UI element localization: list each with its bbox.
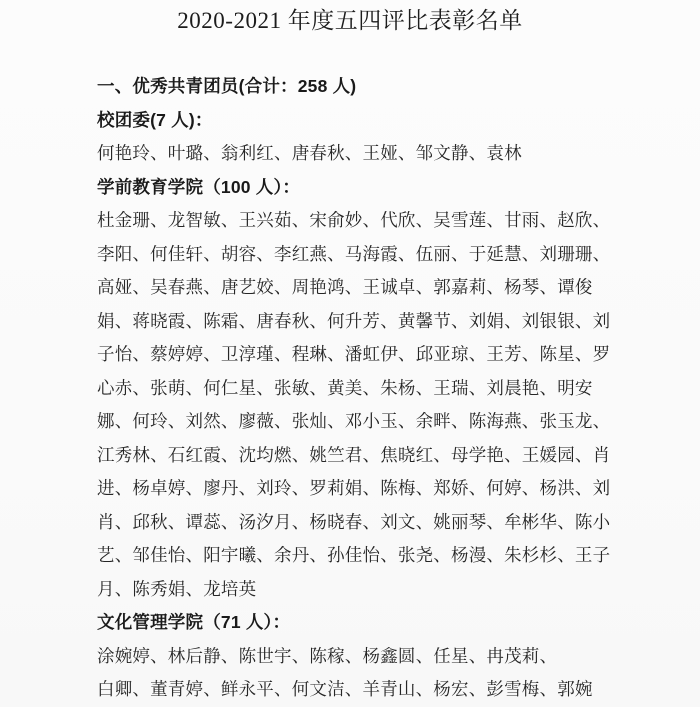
document-body: 一、优秀共青团员(合计：258 人) 校团委(7 人)： 何艳玲、叶璐、翁利红、…	[97, 70, 617, 707]
name-line: 艺、邹佳怡、阳宇曦、余丹、孙佳怡、张尧、杨漫、朱杉杉、王子	[97, 539, 617, 573]
name-line: 涂婉婷、林后静、陈世宇、陈稼、杨鑫圆、任星、冉茂莉、	[97, 640, 617, 674]
document-page: 2020-2021 年度五四评比表彰名单 一、优秀共青团员(合计：258 人) …	[0, 4, 700, 707]
name-line: 何艳玲、叶璐、翁利红、唐春秋、王娅、邹文静、袁林	[97, 137, 617, 171]
name-line: 心赤、张萌、何仁星、张敏、黄美、朱杨、王瑞、刘晨艳、明安	[97, 372, 617, 406]
name-line: 肖、邱秋、谭蕊、汤汐月、杨晓春、刘文、姚丽琴、牟彬华、陈小	[97, 506, 617, 540]
name-line: 江秀林、石红霞、沈均燃、姚竺君、焦晓红、母学艳、王媛园、肖	[97, 439, 617, 473]
name-line: 娟、蒋晓霞、陈霜、唐春秋、何升芳、黄馨节、刘娟、刘银银、刘	[97, 305, 617, 339]
name-line: 李阳、何佳轩、胡容、李红燕、马海霞、伍丽、于延慧、刘珊珊、	[97, 238, 617, 272]
name-line: 子怡、蔡婷婷、卫淳瑾、程琳、潘虹伊、邱亚琼、王芳、陈星、罗	[97, 338, 617, 372]
group-heading-culture-management-college: 文化管理学院（71 人）：	[97, 606, 617, 640]
section-heading-excellent-league-members: 一、优秀共青团员(合计：258 人)	[97, 70, 617, 104]
name-line: 杜金珊、龙智敏、王兴茹、宋俞妙、代欣、吴雪莲、甘雨、赵欣、	[97, 204, 617, 238]
name-line: 白卿、董青婷、鲜永平、何文洁、羊青山、杨宏、彭雪梅、郭婉	[97, 673, 617, 707]
name-line: 娜、何玲、刘然、廖薇、张灿、邓小玉、余畔、陈海燕、张玉龙、	[97, 405, 617, 439]
group-heading-preschool-education-college: 学前教育学院（100 人）：	[97, 171, 617, 205]
name-line: 进、杨卓婷、廖丹、刘玲、罗莉娟、陈梅、郑娇、何婷、杨洪、刘	[97, 472, 617, 506]
group-heading-school-league-committee: 校团委(7 人)：	[97, 104, 617, 138]
document-title: 2020-2021 年度五四评比表彰名单	[0, 4, 700, 38]
name-line: 高娅、吴春燕、唐艺姣、周艳鸿、王诚卓、郭嘉莉、杨琴、谭俊	[97, 271, 617, 305]
name-line: 月、陈秀娟、龙培英	[97, 573, 617, 607]
